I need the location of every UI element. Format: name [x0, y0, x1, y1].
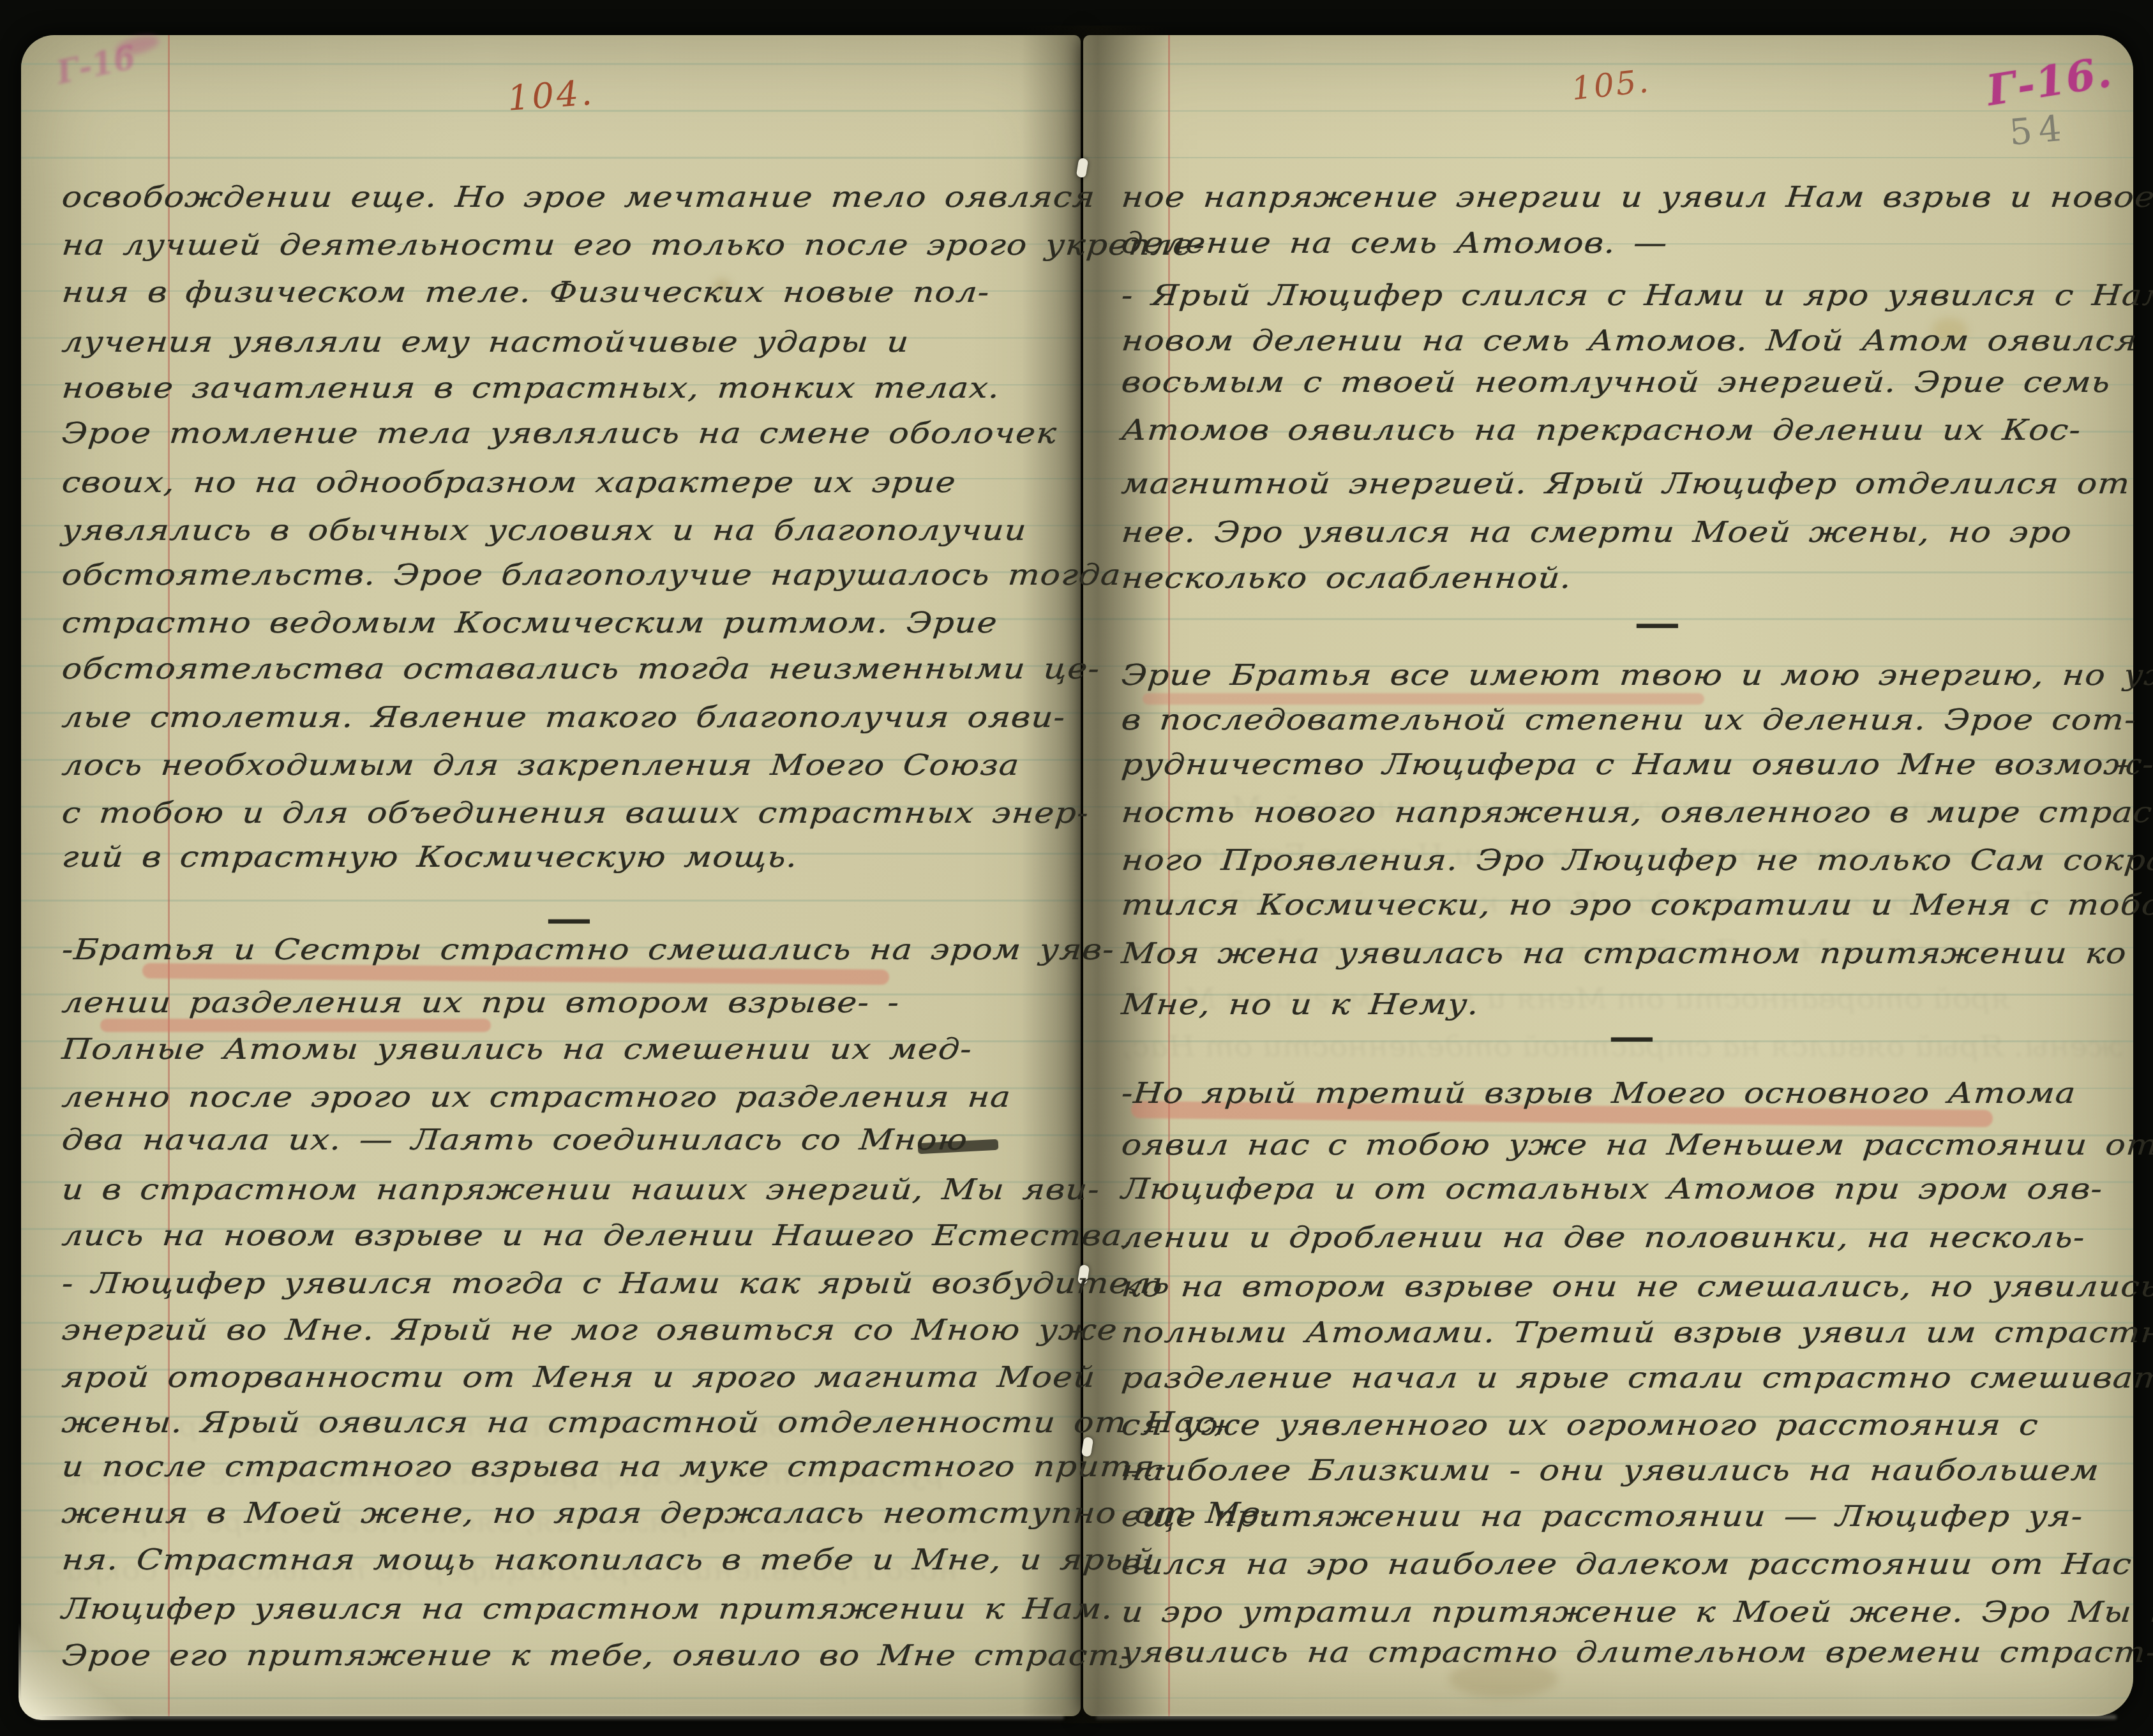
handwritten-line: магнитной энергией. Ярый Люцифер отделил…: [1120, 467, 2132, 500]
handwritten-line: на лучшей деятельности его только после …: [61, 228, 1207, 262]
handwritten-line: несколько ослабленной.: [1120, 561, 1573, 595]
bleed-through-text: ность нового напряжения, оявленного в ми…: [52, 1506, 981, 1539]
handwritten-line: ния в физическом теле. Физических новые …: [61, 275, 991, 309]
handwritten-line: - Люцифер уявился тогда с Нами как ярый …: [61, 1266, 1172, 1300]
bleed-through-text: ного Проявления. Эро Люцифер не только С…: [53, 1554, 959, 1587]
handwritten-line: лении разделения их при втором взрыве- -: [61, 985, 901, 1019]
handwritten-line: два начала их. — Лаять соединилась со Мн…: [61, 1123, 970, 1156]
bleed-through-text: рудничество Люцифера с Нами оявило Мне в…: [54, 1458, 946, 1491]
page-number: 104.: [506, 72, 596, 118]
handwritten-line: рудничество Люцифера с Нами оявило Мне в…: [1120, 747, 2153, 781]
scanned-manuscript-photo: { "scan": { "description": "Open ruled n…: [0, 0, 2153, 1736]
bleed-through-text: - Люцифер уявился тогда с Нами как ярый …: [1123, 887, 2070, 920]
handwritten-line: деление на семь Атомов. —: [1120, 226, 1669, 260]
handwritten-line: новые зачатления в страстных, тонких тел…: [61, 371, 1001, 405]
handwritten-line: и эро утратил притяжение к Моей жене. Эр…: [1120, 1595, 2153, 1629]
bleed-through-text: ярой оторванности от Меня и ярого магнит…: [1127, 983, 2013, 1015]
handwritten-line: полными Атомами. Третий взрыв уявил им с…: [1120, 1315, 2153, 1349]
handwritten-line: наиболее Близкими - они уявились на наиб…: [1120, 1453, 2101, 1487]
handwritten-line: лении и дроблении на две половинки, на н…: [1120, 1220, 2087, 1254]
handwritten-line: еще притяжении на расстоянии — Люцифер у…: [1120, 1499, 2085, 1533]
bleed-through-text: энергий во Мне. Ярый не мог оявиться со …: [1126, 935, 2020, 968]
handwritten-line: Полные Атомы уявились на смешении их мед…: [61, 1032, 974, 1066]
handwritten-line: Люцифер уявился на страстном притяжении …: [61, 1592, 1115, 1626]
bleed-through-text: лись на новом взрыве и на делении Нашего…: [1125, 839, 2039, 872]
page-edge: [1096, 1715, 2117, 1719]
handwritten-line: уявились на страстно длительном времени …: [1120, 1635, 2153, 1669]
handwritten-line: обстоятельства оставались тогда неизменн…: [61, 652, 1102, 685]
handwritten-line: нее. Эро уявился на смерти Моей жены, но…: [1120, 515, 2074, 549]
handwritten-line: своих, но на однообразном характере их э…: [61, 465, 958, 499]
handwritten-line: новом делении на семь Атомов. Мой Атом о…: [1120, 324, 2140, 357]
handwritten-line: ко на втором взрыве они не смешались, но…: [1120, 1269, 2153, 1303]
handwritten-line: -Братья и Сестры страстно смешались на э…: [61, 932, 1116, 966]
handwritten-line: ное напряжение энергии и уявил Нам взрыв…: [1120, 180, 2153, 214]
handwritten-line: вился на эро наиболее далеком расстоянии…: [1120, 1547, 2134, 1581]
handwritten-line: Атомов оявились на прекрасном делении их…: [1120, 413, 2083, 447]
bleed-through-text: и в страстном напряжении наших энергий, …: [1126, 791, 2016, 824]
handwritten-line: разделение начал и ярые стали страстно с…: [1120, 1361, 2153, 1395]
handwritten-line: уявлялись в обычных условиях и на благоп…: [61, 513, 1028, 547]
handwritten-line: лось необходимым для закрепления Моего С…: [61, 748, 1021, 782]
handwritten-line: лучения уявляли ему настойчивые удары и: [61, 325, 911, 359]
handwritten-line: и в страстном напряжении наших энергий, …: [61, 1172, 1102, 1206]
handwritten-line: гий в страстную Космическую мощь.: [61, 840, 800, 874]
handwritten-line: Эрое томление тела уявлялись на смене об…: [61, 416, 1058, 450]
handwritten-line: ярой оторванности от Меня и ярого магнит…: [61, 1360, 1097, 1394]
handwritten-line: обстоятельств. Эрое благополучие нарушал…: [61, 558, 1123, 592]
pencil-folio-number: 54: [2007, 107, 2069, 154]
page-edge: [34, 1715, 1064, 1719]
handwritten-line: энергий во Мне. Ярый не мог оявиться со …: [61, 1313, 1119, 1347]
handwritten-line: -Но ярый третий взрыв Моего основного Ат…: [1120, 1076, 2078, 1110]
handwritten-line: в последовательной степени их деления. Э…: [1120, 703, 2138, 737]
bleed-through-text: жены. Ярый оявился на страстной отделенн…: [1121, 1031, 2124, 1063]
paragraph-divider: —: [1634, 602, 1681, 645]
bleed-through-text: в последовательной степени их деления. Э…: [55, 1410, 929, 1443]
handwritten-line: страстно ведомым Космическим ритмом. Эри…: [61, 606, 1000, 640]
handwritten-line: лись на новом взрыве и на делении Нашего…: [61, 1218, 1136, 1252]
handwritten-line: Эрие Братья все имеют твою и мою энергию…: [1120, 658, 2153, 692]
handwritten-line: ся уже уявленного их огромного расстояни…: [1120, 1408, 2040, 1442]
handwritten-line: Люцифера и от остальных Атомов при эром …: [1120, 1172, 2104, 1206]
handwritten-line: ленно после эрого их страстного разделен…: [61, 1080, 1013, 1114]
handwritten-line: с тобою и для объединения ваших страстны…: [61, 796, 1091, 830]
handwritten-line: освобождении еще. Но эрое мечтание тело …: [61, 180, 1097, 214]
handwritten-line: лые столетия. Явление такого благополучи…: [61, 700, 1067, 734]
handwritten-line: оявил нас с тобою уже на Меньшем расстоя…: [1120, 1128, 2153, 1162]
handwritten-line: восьмым с твоей неотлучной энергией. Эри…: [1120, 365, 2112, 399]
handwritten-line: - Ярый Люцифер слился с Нами и яро уявил…: [1120, 278, 2153, 312]
handwritten-line: Эрое его притяжение к тебе, оявило во Мн…: [61, 1638, 1134, 1672]
